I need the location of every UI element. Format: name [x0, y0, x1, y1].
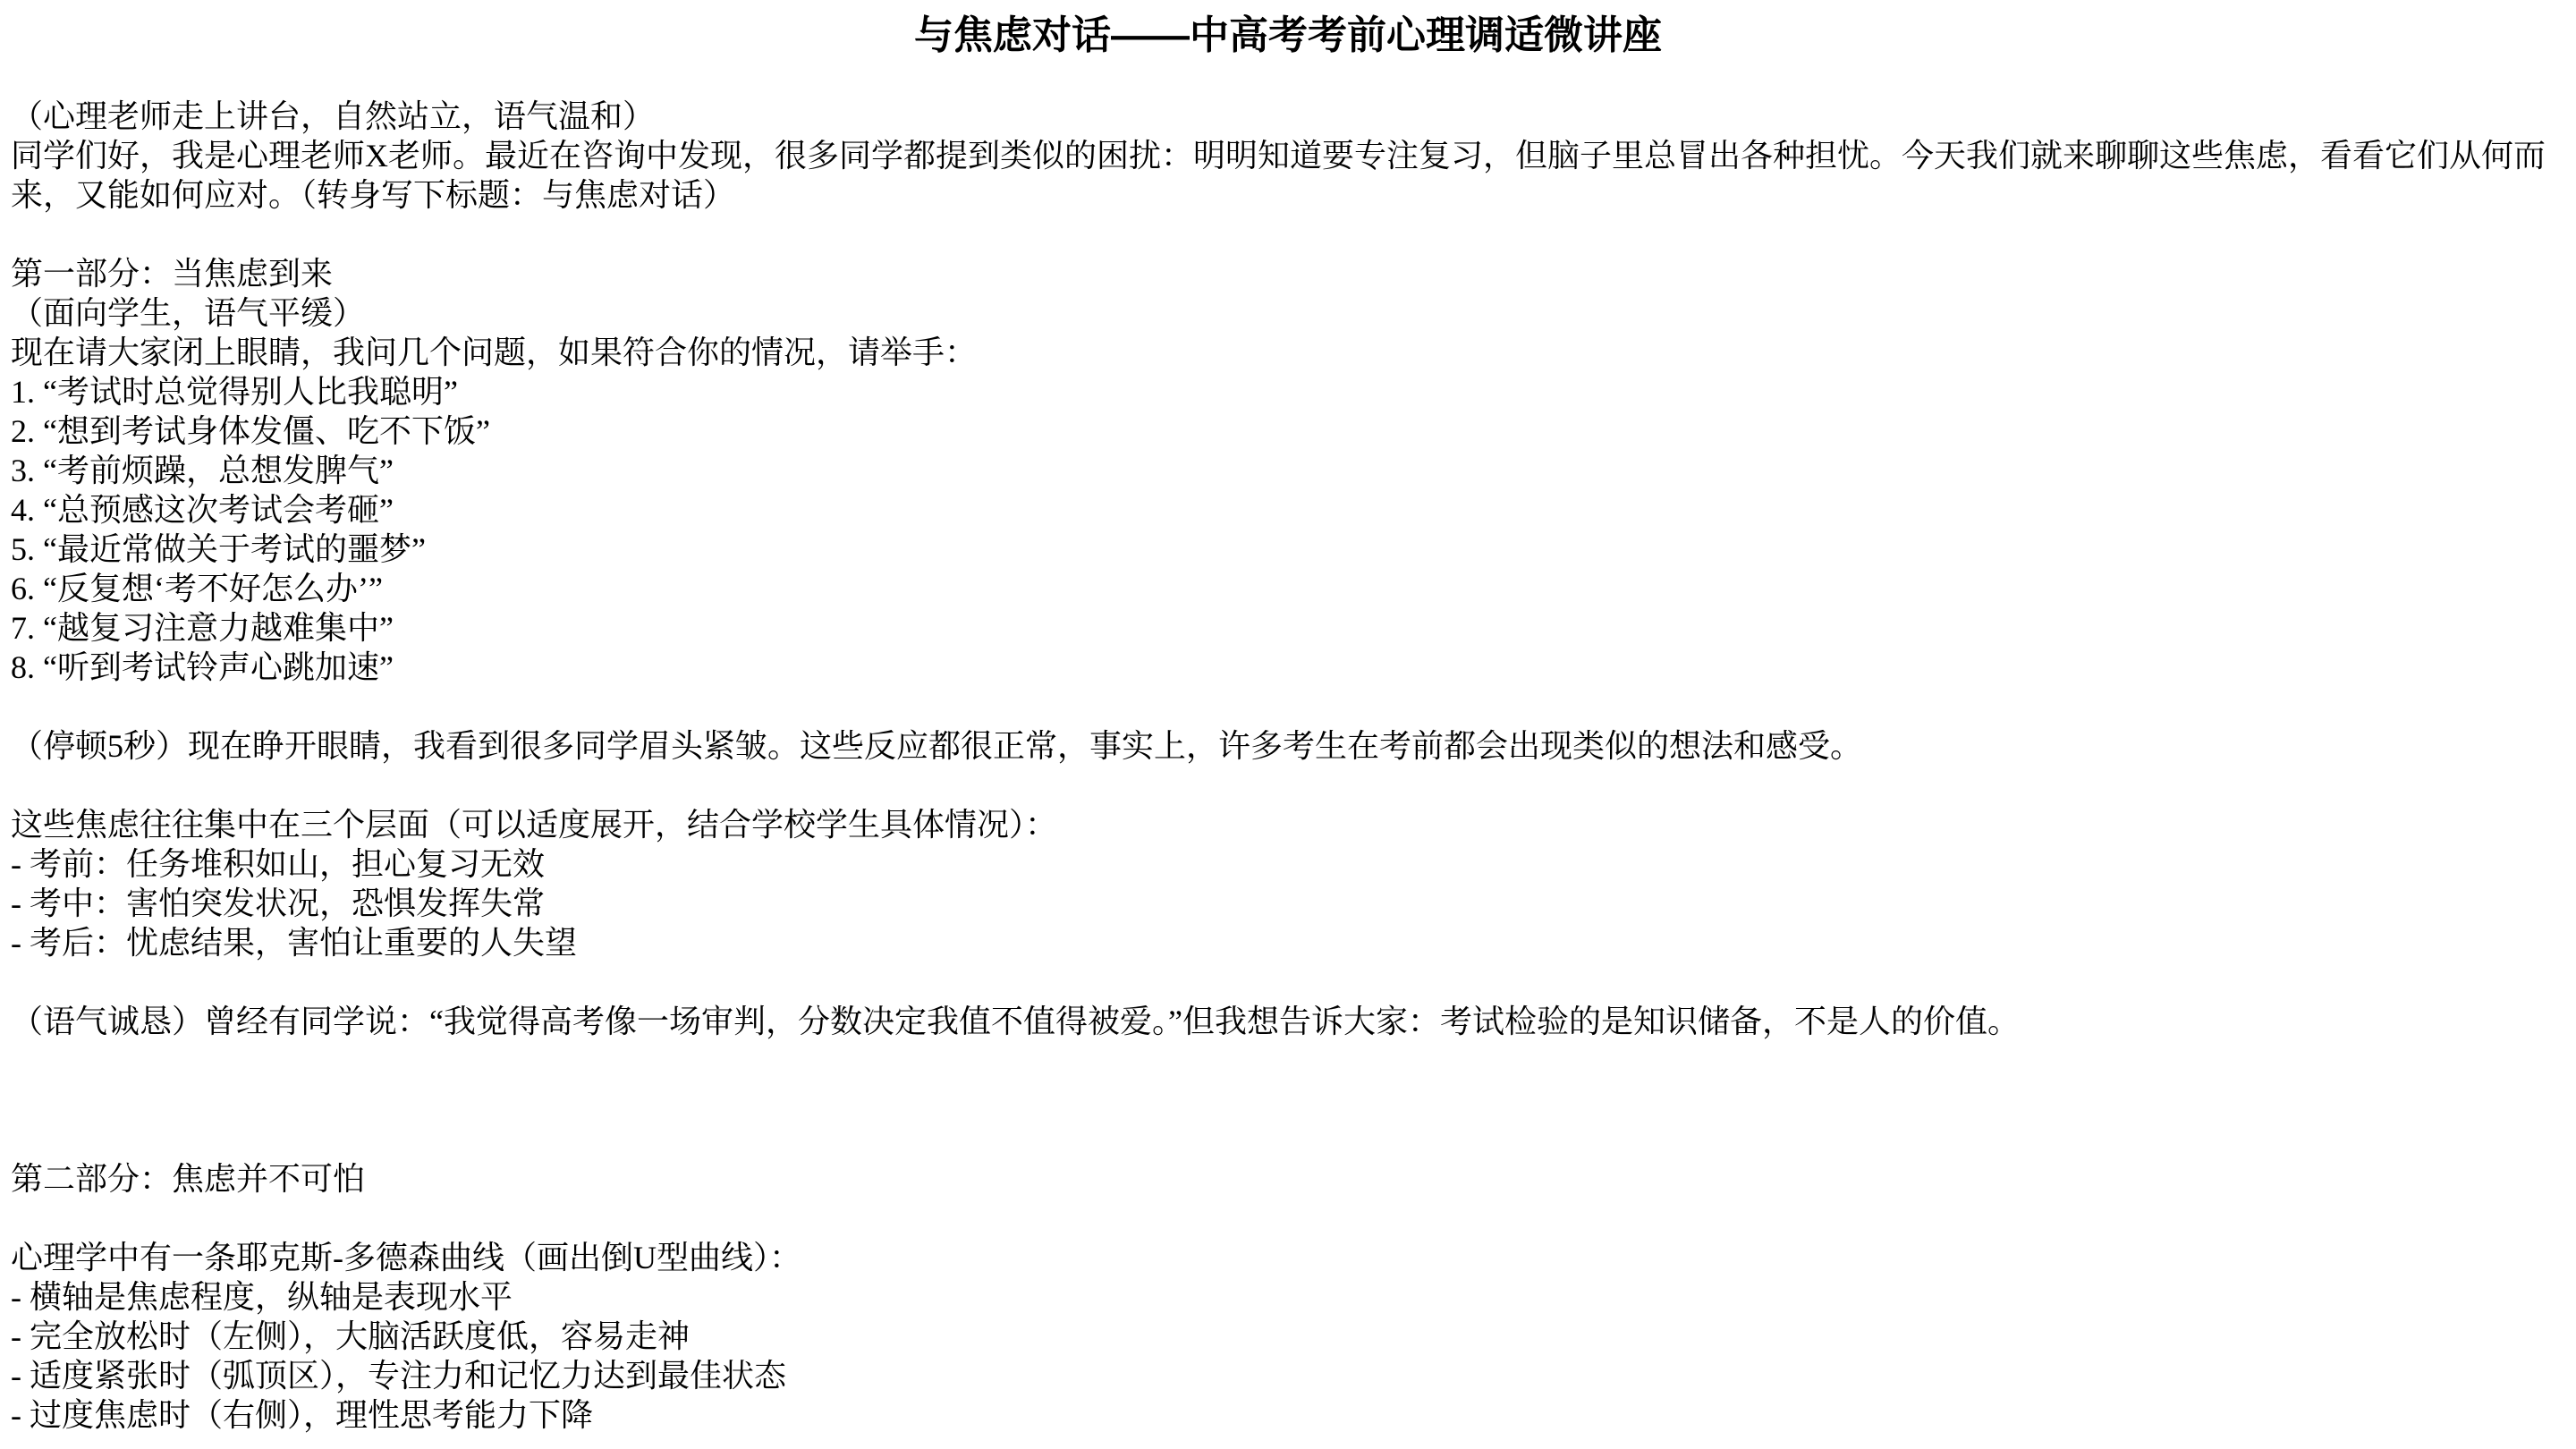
intro-line-1: 同学们好，我是心理老师X老师。最近在咨询中发现，很多同学都提到类似的困扰：明明知…: [11, 136, 2565, 175]
checklist-item-6: 6. “反复想‘考不好怎么办’”: [11, 569, 2565, 608]
checklist-item-5: 5. “最近常做关于考试的噩梦”: [11, 530, 2565, 569]
checklist-item-3: 3. “考前烦躁，总想发脾气”: [11, 451, 2565, 490]
part2-heading: 第二部分：焦虑并不可怕: [11, 1159, 2565, 1199]
document-page: 与焦虑对话——中高考考前心理调适微讲座 （心理老师走上讲台，自然站立，语气温和）…: [0, 0, 2576, 1449]
curve-intro: 心理学中有一条耶克斯-多德森曲线（画出倒U型曲线）：: [11, 1238, 2565, 1277]
stage-direction-part1: （面向学生，语气平缓）: [11, 293, 2565, 333]
level-item-after: - 考后：忧虑结果，害怕让重要的人失望: [11, 923, 2565, 962]
intro-line-2: 来，又能如何应对。（转身写下标题：与焦虑对话）: [11, 175, 2565, 215]
checklist-item-1: 1. “考试时总觉得别人比我聪明”: [11, 372, 2565, 411]
checklist-item-2: 2. “想到考试身体发僵、吃不下饭”: [11, 411, 2565, 451]
stage-direction-opening: （心理老师走上讲台，自然站立，语气温和）: [11, 97, 2565, 136]
levels-intro: 这些焦虑往往集中在三个层面（可以适度展开，结合学校学生具体情况）：: [11, 805, 2565, 844]
curve-point-optimal: - 适度紧张时（弧顶区），专注力和记忆力达到最佳状态: [11, 1356, 2565, 1395]
curve-point-axes: - 横轴是焦虑程度，纵轴是表现水平: [11, 1277, 2565, 1317]
part1-heading: 第一部分：当焦虑到来: [11, 254, 2565, 293]
part1-lead-in: 现在请大家闭上眼睛，我问几个问题，如果符合你的情况，请举手：: [11, 333, 2565, 372]
checklist-item-8: 8. “听到考试铃声心跳加速”: [11, 648, 2565, 687]
sincere-note: （语气诚恳）曾经有同学说：“我觉得高考像一场审判，分数决定我值不值得被爱。”但我…: [11, 1002, 2565, 1041]
document-title: 与焦虑对话——中高考考前心理调适微讲座: [11, 14, 2565, 57]
pause-note: （停顿5秒）现在睁开眼睛，我看到很多同学眉头紧皱。这些反应都很正常，事实上，许多…: [11, 726, 2565, 766]
level-item-during: - 考中：害怕突发状况，恐惧发挥失常: [11, 884, 2565, 923]
curve-point-relaxed: - 完全放松时（左侧），大脑活跃度低，容易走神: [11, 1317, 2565, 1356]
checklist-item-4: 4. “总预感这次考试会考砸”: [11, 490, 2565, 530]
level-item-before: - 考前：任务堆积如山，担心复习无效: [11, 844, 2565, 884]
checklist-item-7: 7. “越复习注意力越难集中”: [11, 608, 2565, 648]
curve-point-overanxious: - 过度焦虑时（右侧），理性思考能力下降: [11, 1395, 2565, 1435]
